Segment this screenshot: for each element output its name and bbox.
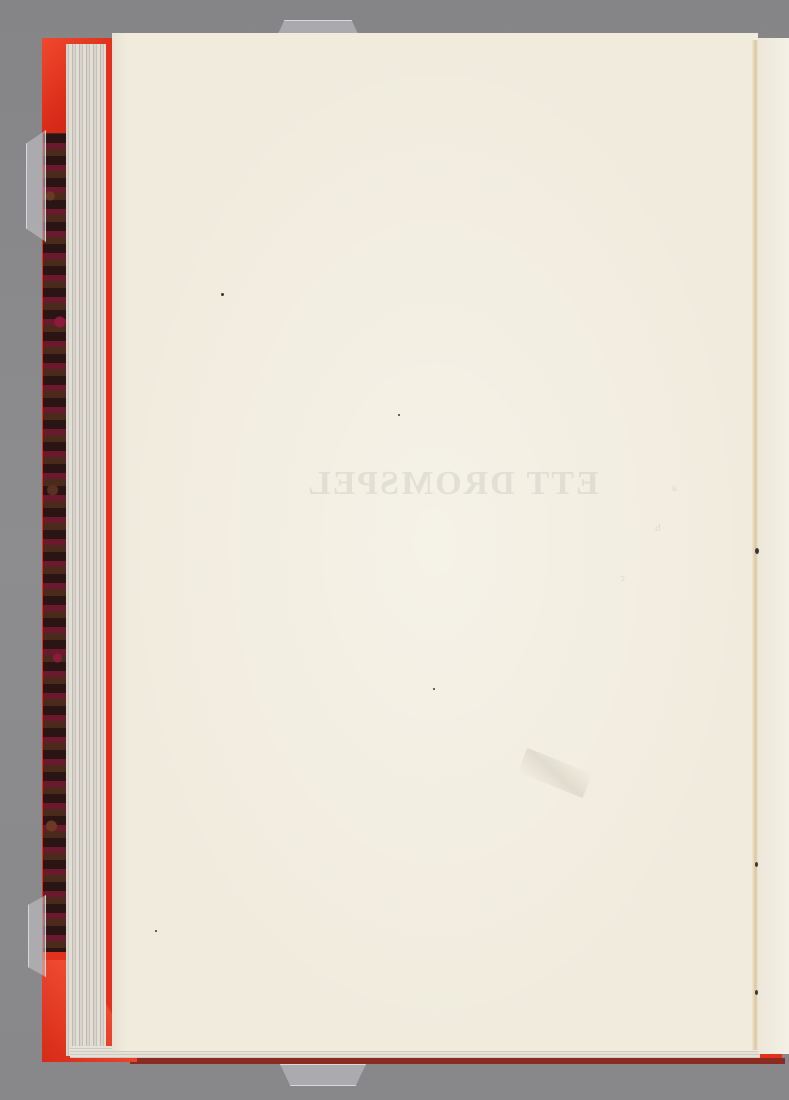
cover-bottom-edge	[130, 1058, 785, 1064]
bleed-through-mark: a	[672, 482, 677, 494]
page-stack-edge	[66, 44, 106, 1056]
book-page	[112, 33, 758, 1051]
paper-speck	[398, 414, 400, 416]
glass-clip-left-bottom	[28, 895, 46, 977]
paper-speck	[221, 293, 224, 296]
bleed-through-mark: c	[620, 572, 625, 584]
paper-speck	[433, 688, 435, 690]
facing-page-edge	[758, 38, 789, 1054]
gutter-speck	[755, 990, 758, 995]
gutter-speck	[755, 548, 759, 554]
glass-clip-top	[278, 20, 358, 34]
bleed-through-mark: b	[655, 522, 661, 534]
paper-speck	[155, 930, 157, 932]
gutter-speck	[755, 862, 758, 867]
bleed-through-title: ETT DROMSPEL	[306, 465, 599, 503]
marbled-spine	[43, 112, 67, 952]
glass-clip-left-top	[26, 130, 46, 242]
glass-clip-bottom	[280, 1064, 366, 1086]
